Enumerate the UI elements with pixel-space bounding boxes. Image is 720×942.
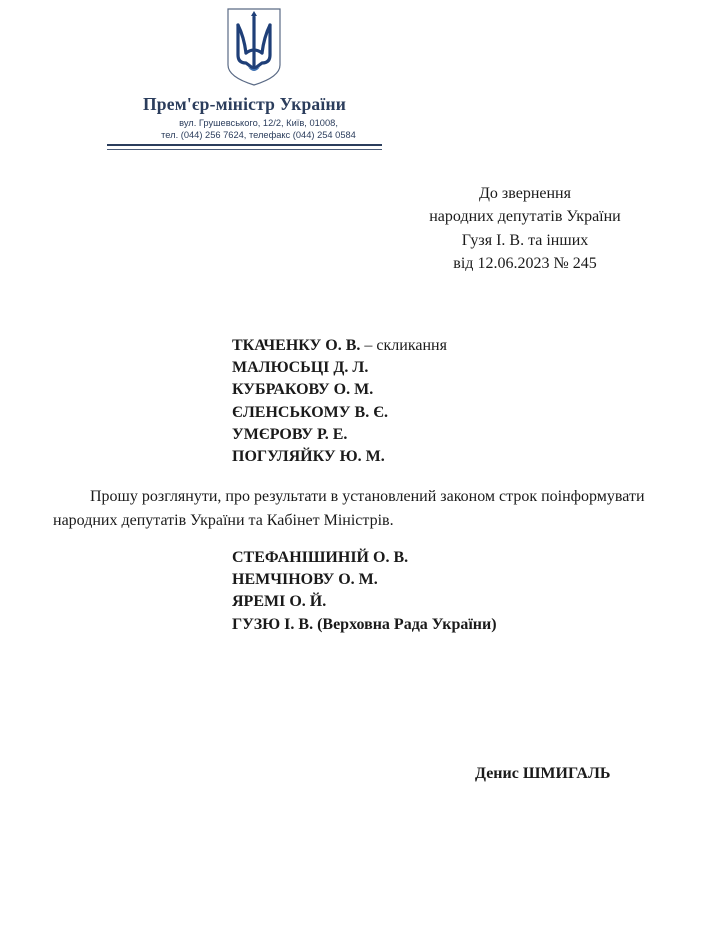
recipient: ПОГУЛЯЙКУ Ю. М. [232, 446, 447, 468]
recipient: УМЄРОВУ Р. Е. [232, 424, 447, 446]
body-paragraph: Прошу розглянути, про результати в устан… [53, 485, 673, 532]
cc-recipient: ГУЗЮ І. В. (Верховна Рада України) [232, 614, 497, 636]
reference-line: Гузя І. В. та інших [400, 229, 650, 252]
recipient: ЄЛЕНСЬКОМУ В. Є. [232, 402, 447, 424]
body-line: народних депутатів України та Кабінет Мі… [53, 509, 673, 533]
reference-block: До звернення народних депутатів України … [400, 182, 650, 275]
letterhead-address: вул. Грушевського, 12/2, Київ, 01008, [107, 118, 382, 128]
cc-recipient: НЕМЧІНОВУ О. М. [232, 569, 497, 591]
cc-list: СТЕФАНІШИНІЙ О. В. НЕМЧІНОВУ О. М. ЯРЕМІ… [232, 547, 497, 636]
reference-line: народних депутатів України [400, 205, 650, 228]
body-line: Прошу розглянути, про результати в устан… [53, 485, 673, 509]
recipient: КУБРАКОВУ О. М. [232, 379, 447, 401]
signature: Денис ШМИГАЛЬ [475, 765, 610, 783]
letterhead-title: Прем'єр-міністр України [107, 94, 382, 115]
cc-recipient: СТЕФАНІШИНІЙ О. В. [232, 547, 497, 569]
reference-line: До звернення [400, 182, 650, 205]
reference-line: від 12.06.2023 № 245 [400, 252, 650, 275]
letterhead-rule [107, 144, 382, 146]
recipient-note: – скликання [360, 337, 447, 354]
ukraine-trident-icon [225, 7, 283, 87]
recipients-list: ТКАЧЕНКУ О. В. – скликання МАЛЮСЬЦІ Д. Л… [232, 335, 447, 468]
letterhead-rule-thin [107, 149, 382, 150]
recipient: МАЛЮСЬЦІ Д. Л. [232, 357, 447, 379]
letterhead-contacts: тел. (044) 256 7624, телефакс (044) 254 … [107, 130, 382, 140]
cc-recipient: ЯРЕМІ О. Й. [232, 591, 497, 613]
recipient: ТКАЧЕНКУ О. В. – скликання [232, 335, 447, 357]
